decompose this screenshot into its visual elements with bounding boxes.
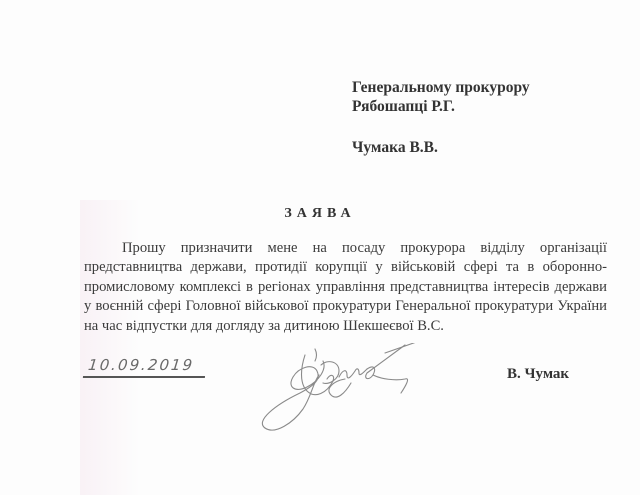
signature-icon	[255, 343, 435, 438]
document-title: ЗАЯВА	[0, 206, 640, 222]
spacer	[352, 116, 530, 138]
addressee-block: Генеральному прокурору Рябошапці Р.Г. Чу…	[352, 78, 530, 157]
sender-name: Чумака В.В.	[352, 138, 530, 157]
document-body: Прошу призначити мене на посаду прокурор…	[84, 239, 607, 336]
addressee-position: Генеральному прокурору	[352, 78, 530, 97]
handwritten-date: 10.09.2019	[83, 356, 207, 378]
addressee-name: Рябошапці Р.Г.	[352, 97, 530, 116]
signer-name: В. Чумак	[507, 366, 569, 383]
